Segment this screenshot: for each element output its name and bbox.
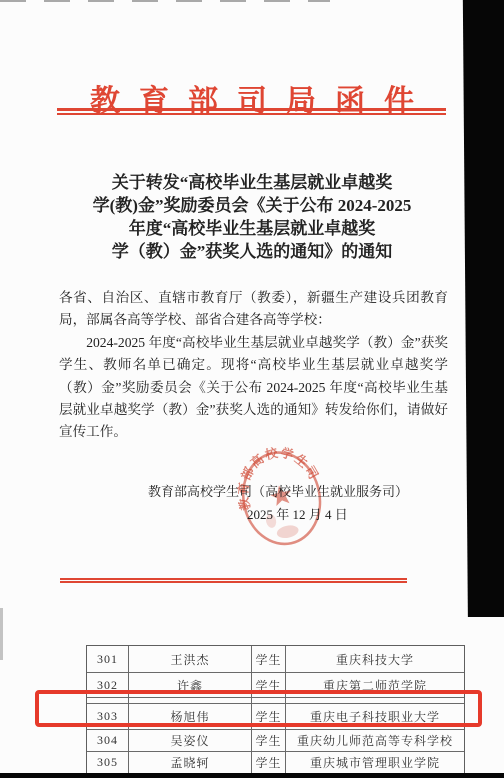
cell-no: 301 xyxy=(87,646,129,672)
letterhead-footer-rule xyxy=(60,578,407,583)
seal-arc-text: 教育部高校学生司 xyxy=(226,437,325,513)
cell-no: 304 xyxy=(87,730,129,751)
cell-name: 许鑫 xyxy=(129,673,252,697)
table-row-highlighted: 303 杨旭伟 学生 重庆电子科技职业大学 xyxy=(87,704,464,730)
cell-name: 杨旭伟 xyxy=(129,704,252,729)
cell-role: 学生 xyxy=(252,730,286,751)
cell-name: 孟晓轲 xyxy=(129,752,252,773)
cell-name: 王洪杰 xyxy=(129,646,252,672)
table-row: 302 许鑫 学生 重庆第二师范学院 xyxy=(87,673,464,698)
photo-background-right xyxy=(462,0,504,617)
cell-role: 学生 xyxy=(252,673,286,697)
seal-smudge xyxy=(276,524,300,540)
cell-school: 重庆幼儿师范高等专科学校 xyxy=(286,730,464,751)
cell-no: 303 xyxy=(87,704,129,729)
document-title-line: 学（教）金”获奖人选的通知》的通知 xyxy=(40,240,464,263)
photo-background-bottom xyxy=(0,773,504,778)
cell-empty xyxy=(129,698,252,703)
scanned-document-page: 教育部司局函件 关于转发“高校毕业生基层就业卓越奖 学(教)金”奖励委员会《关于… xyxy=(0,0,504,778)
cell-school: 重庆城市管理职业学院 xyxy=(286,752,464,773)
scan-top-edge-artifact xyxy=(0,0,330,2)
document-title: 关于转发“高校毕业生基层就业卓越奖 学(教)金”奖励委员会《关于公布 2024-… xyxy=(40,171,464,263)
cell-school: 重庆电子科技职业大学 xyxy=(286,704,464,729)
table-row: 304 吴姿仪 学生 重庆幼儿师范高等专科学校 xyxy=(87,730,464,752)
table-row: 305 孟晓轲 学生 重庆城市管理职业学院 xyxy=(87,752,464,774)
award-roster-table: 301 王洪杰 学生 重庆科技大学 302 许鑫 学生 重庆第二师范学院 303… xyxy=(86,645,465,774)
body-paragraph-main: 2024-2025 年度“高校毕业生基层就业卓越奖学（教）金”获奖学生、教师名单… xyxy=(59,332,448,444)
cell-empty xyxy=(286,698,464,703)
table-row: 301 王洪杰 学生 重庆科技大学 xyxy=(87,646,464,673)
official-seal: 教育部高校学生司 xyxy=(222,435,343,565)
cell-school: 重庆第二师范学院 xyxy=(286,673,464,697)
cell-school: 重庆科技大学 xyxy=(286,646,464,672)
cell-no: 305 xyxy=(87,752,129,773)
cell-empty xyxy=(87,698,129,703)
letterhead-double-rule xyxy=(57,108,446,115)
document-title-line: 学(教)金”奖励委员会《关于公布 2024-2025 xyxy=(40,194,464,217)
cell-role: 学生 xyxy=(252,752,286,773)
cell-no: 302 xyxy=(87,673,129,697)
document-title-line: 年度“高校毕业生基层就业卓越奖 xyxy=(40,217,464,240)
cell-name: 吴姿仪 xyxy=(129,730,252,751)
cell-role: 学生 xyxy=(252,704,286,729)
document-title-line: 关于转发“高校毕业生基层就业卓越奖 xyxy=(40,171,464,194)
cell-role: 学生 xyxy=(252,646,286,672)
document-body: 各省、自治区、直辖市教育厅（教委），新疆生产建设兵团教育局，部属各高等学校、部省… xyxy=(59,287,448,444)
signature-department: 教育部高校学生司（高校毕业生就业服务司） xyxy=(0,481,408,500)
body-paragraph-recipients: 各省、自治区、直辖市教育厅（教委），新疆生产建设兵团教育局，部属各高等学校、部省… xyxy=(59,287,448,332)
scan-left-edge-artifact xyxy=(0,608,3,660)
signature-date: 2025 年 12 月 4 日 xyxy=(247,504,348,523)
cell-empty xyxy=(252,698,286,703)
